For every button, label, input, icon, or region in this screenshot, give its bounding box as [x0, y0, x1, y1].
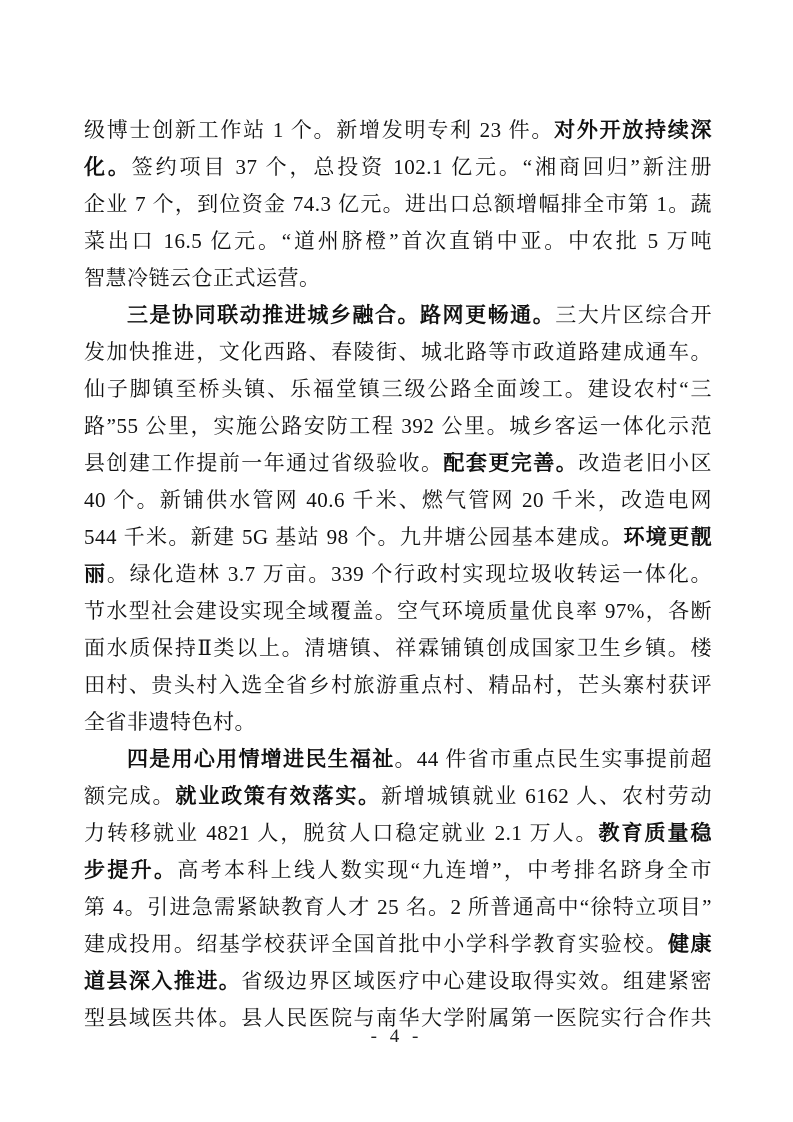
text-line: 企业 7 个，到位资金 74.3 亿元。进出口总额增幅排全市第 1。蔬 — [84, 186, 712, 223]
text-segment: 面水质保持Ⅱ类以上。清塘镇、祥霖铺镇创成国家卫生乡镇。楼 — [84, 636, 712, 660]
document-page: 级博士创新工作站 1 个。新增发明专利 23 件。对外开放持续深化。签约项目 3… — [0, 0, 793, 1122]
text-line: 全省非遗特色村。 — [84, 704, 712, 741]
text-line: 力转移就业 4821 人，脱贫人口稳定就业 2.1 万人。教育质量稳 — [84, 815, 712, 852]
text-segment: 丽 — [84, 562, 107, 586]
text-segment: 路”55 公里，实施公路安防工程 392 公里。城乡客运一体化示范 — [84, 414, 712, 438]
text-segment: 三是协同联动推进城乡融合。路网更畅通。 — [127, 303, 555, 327]
text-segment: 健康 — [668, 932, 712, 956]
text-segment: 田村、贵头村入选全省乡村旅游重点村、精品村，芒头寨村获评 — [84, 673, 712, 697]
text-line: 道县深入推进。省级边界区域医疗中心建设取得实效。组建紧密 — [84, 963, 712, 1000]
text-line: 仙子脚镇至桥头镇、乐福堂镇三级公路全面竣工。建设农村“三 — [84, 371, 712, 408]
text-line: 化。签约项目 37 个，总投资 102.1 亿元。“湘商回归”新注册 — [84, 149, 712, 186]
text-segment: 菜出口 16.5 亿元。“道州脐橙”首次直销中亚。中农批 5 万吨 — [84, 229, 712, 253]
text-line: 节水型社会建设实现全域覆盖。空气环境质量优良率 97%，各断 — [84, 593, 712, 630]
text-line: 路”55 公里，实施公路安防工程 392 公里。城乡客运一体化示范 — [84, 408, 712, 445]
text-segment: 就业政策有效落实。 — [175, 784, 381, 808]
text-line: 步提升。高考本科上线人数实现“九连增”，中考排名跻身全市 — [84, 852, 712, 889]
text-segment: 省级边界区域医疗中心建设取得实效。组建紧密 — [241, 969, 712, 993]
text-segment: 四是用心用情增进民生福祉 — [127, 747, 394, 771]
text-line: 面水质保持Ⅱ类以上。清塘镇、祥霖铺镇创成国家卫生乡镇。楼 — [84, 630, 712, 667]
text-segment: 全省非遗特色村。 — [84, 710, 256, 734]
text-segment: 环境更靓 — [623, 525, 712, 549]
text-line: 智慧冷链云仓正式运营。 — [84, 260, 712, 297]
page-number: - 4 - — [0, 1026, 793, 1048]
text-segment: 智慧冷链云仓正式运营。 — [84, 266, 321, 290]
text-line: 级博士创新工作站 1 个。新增发明专利 23 件。对外开放持续深 — [84, 112, 712, 149]
text-segment: 县创建工作提前一年通过省级验收。 — [84, 451, 443, 475]
text-line: 县创建工作提前一年通过省级验收。配套更完善。改造老旧小区 — [84, 445, 712, 482]
text-segment: 道县深入推进。 — [84, 969, 241, 993]
text-line: 40 个。新铺供水管网 40.6 千米、燃气管网 20 千米，改造电网 — [84, 482, 712, 519]
text-segment: 。44 件省市重点民生实事提前超 — [394, 747, 712, 771]
text-segment: 企业 7 个，到位资金 74.3 亿元。进出口总额增幅排全市第 1。蔬 — [84, 192, 712, 216]
text-segment: 建成投用。绍基学校获评全国首批中小学科学教育实验校。 — [84, 932, 668, 956]
text-line: 544 千米。新建 5G 基站 98 个。九井塘公园基本建成。环境更靓 — [84, 519, 712, 556]
text-segment: 级博士创新工作站 1 个。新增发明专利 23 件。 — [84, 118, 554, 142]
text-line: 发加快推进，文化西路、春陵街、城北路等市政道路建成通车。 — [84, 334, 712, 371]
text-segment: 新增城镇就业 6162 人、农村劳动 — [381, 784, 712, 808]
document-body: 级博士创新工作站 1 个。新增发明专利 23 件。对外开放持续深化。签约项目 3… — [84, 112, 712, 1037]
text-segment: 教育质量稳 — [599, 821, 712, 845]
text-line: 三是协同联动推进城乡融合。路网更畅通。三大片区综合开 — [84, 297, 712, 334]
text-segment: 改造老旧小区 — [578, 451, 712, 475]
text-segment: 544 千米。新建 5G 基站 98 个。九井塘公园基本建成。 — [84, 525, 623, 549]
text-segment: 仙子脚镇至桥头镇、乐福堂镇三级公路全面竣工。建设农村“三 — [84, 377, 712, 401]
text-line: 田村、贵头村入选全省乡村旅游重点村、精品村，芒头寨村获评 — [84, 667, 712, 704]
text-line: 丽。绿化造林 3.7 万亩。339 个行政村实现垃圾收转运一体化。 — [84, 556, 712, 593]
text-segment: 三大片区综合开 — [555, 303, 712, 327]
text-line: 四是用心用情增进民生福祉。44 件省市重点民生实事提前超 — [84, 741, 712, 778]
text-segment: 第 4。引进急需紧缺教育人才 25 名。2 所普通高中“徐特立项目” — [84, 895, 712, 919]
text-segment: 力转移就业 4821 人，脱贫人口稳定就业 2.1 万人。 — [84, 821, 599, 845]
text-line: 建成投用。绍基学校获评全国首批中小学科学教育实验校。健康 — [84, 926, 712, 963]
text-segment: 配套更完善。 — [443, 451, 578, 475]
text-segment: 40 个。新铺供水管网 40.6 千米、燃气管网 20 千米，改造电网 — [84, 488, 712, 512]
text-segment: 签约项目 37 个，总投资 102.1 亿元。“湘商回归”新注册 — [132, 155, 712, 179]
text-segment: 。绿化造林 3.7 万亩。339 个行政村实现垃圾收转运一体化。 — [107, 562, 712, 586]
text-line: 额完成。就业政策有效落实。新增城镇就业 6162 人、农村劳动 — [84, 778, 712, 815]
text-segment: 步提升。 — [84, 858, 177, 882]
text-segment: 发加快推进，文化西路、春陵街、城北路等市政道路建成通车。 — [84, 340, 712, 364]
text-segment: 化。 — [84, 155, 132, 179]
text-line: 第 4。引进急需紧缺教育人才 25 名。2 所普通高中“徐特立项目” — [84, 889, 712, 926]
text-line: 菜出口 16.5 亿元。“道州脐橙”首次直销中亚。中农批 5 万吨 — [84, 223, 712, 260]
text-segment: 额完成。 — [84, 784, 175, 808]
text-segment: 对外开放持续深 — [554, 118, 712, 142]
text-segment: 高考本科上线人数实现“九连增”，中考排名跻身全市 — [177, 858, 712, 882]
text-segment: 节水型社会建设实现全域覆盖。空气环境质量优良率 97%，各断 — [84, 599, 712, 623]
